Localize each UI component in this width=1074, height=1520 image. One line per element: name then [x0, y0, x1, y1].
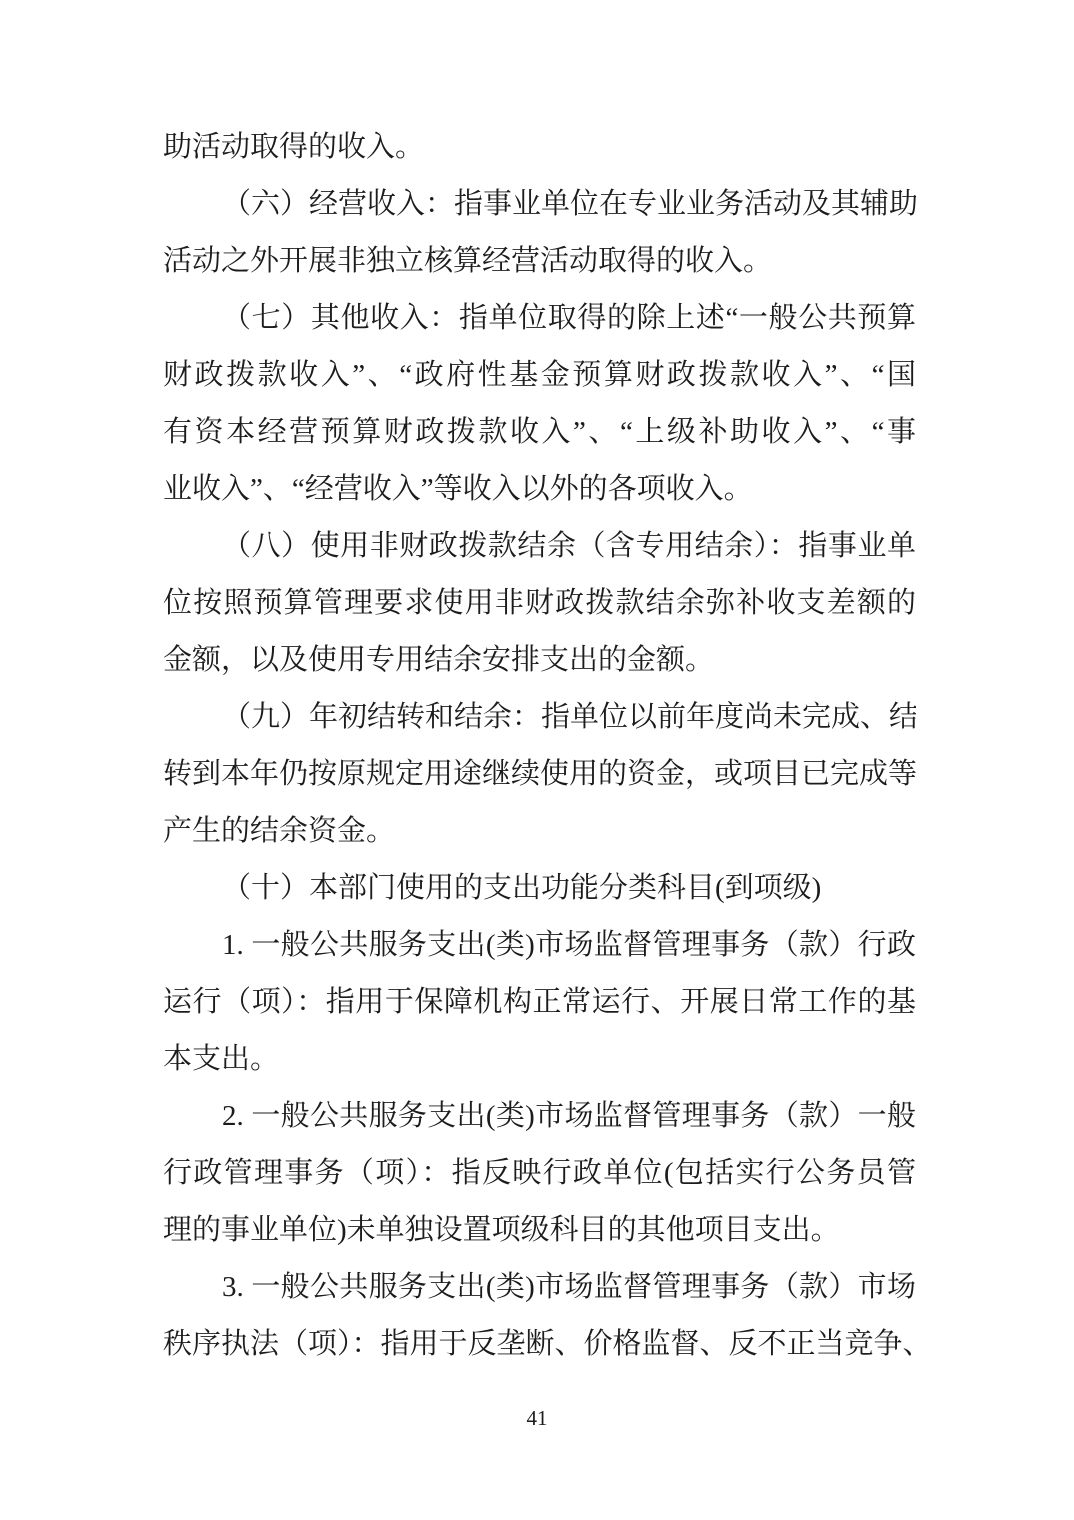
text-line: 运行（项）：指用于保障机构正常运行、开展日常工作的基	[163, 974, 916, 1031]
text-line: （十）本部门使用的支出功能分类科目(到项级)	[163, 860, 916, 917]
text-line: 理的事业单位)未单独设置项级科目的其他项目支出。	[163, 1202, 916, 1259]
text-body: 助活动取得的收入。（六）经营收入：指事业单位在专业业务活动及其辅助活动之外开展非…	[163, 119, 916, 1373]
text-line: 转到本年仍按原规定用途继续使用的资金，或项目已完成等	[163, 746, 916, 803]
text-line: 行政管理事务（项）：指反映行政单位(包括实行公务员管	[163, 1145, 916, 1202]
document-page: 助活动取得的收入。（六）经营收入：指事业单位在专业业务活动及其辅助活动之外开展非…	[0, 0, 1074, 1520]
text-line: （六）经营收入：指事业单位在专业业务活动及其辅助	[163, 176, 916, 233]
text-line: 1. 一般公共服务支出(类)市场监督管理事务（款）行政	[163, 917, 916, 974]
paragraph: 1. 一般公共服务支出(类)市场监督管理事务（款）行政运行（项）：指用于保障机构…	[163, 917, 916, 1088]
text-line: 金额，以及使用专用结余安排支出的金额。	[163, 632, 916, 689]
text-line: （八）使用非财政拨款结余（含专用结余）：指事业单	[163, 518, 916, 575]
text-line: 活动之外开展非独立核算经营活动取得的收入。	[163, 233, 916, 290]
paragraph: 2. 一般公共服务支出(类)市场监督管理事务（款）一般行政管理事务（项）：指反映…	[163, 1088, 916, 1259]
paragraph: （九）年初结转和结余：指单位以前年度尚未完成、结转到本年仍按原规定用途继续使用的…	[163, 689, 916, 860]
paragraph: （八）使用非财政拨款结余（含专用结余）：指事业单位按照预算管理要求使用非财政拨款…	[163, 518, 916, 689]
text-line: （七）其他收入：指单位取得的除上述“一般公共预算	[163, 290, 916, 347]
text-line: 秩序执法（项）：指用于反垄断、价格监督、反不正当竞争、	[163, 1316, 916, 1373]
text-line: 财政拨款收入”、“政府性基金预算财政拨款收入”、“国	[163, 347, 916, 404]
paragraph: 3. 一般公共服务支出(类)市场监督管理事务（款）市场秩序执法（项）：指用于反垄…	[163, 1259, 916, 1373]
text-line: 本支出。	[163, 1031, 916, 1088]
text-line: 产生的结余资金。	[163, 803, 916, 860]
text-line: （九）年初结转和结余：指单位以前年度尚未完成、结	[163, 689, 916, 746]
text-line: 助活动取得的收入。	[163, 119, 916, 176]
paragraph: （六）经营收入：指事业单位在专业业务活动及其辅助活动之外开展非独立核算经营活动取…	[163, 176, 916, 290]
text-line: 有资本经营预算财政拨款收入”、“上级补助收入”、“事	[163, 404, 916, 461]
paragraph: 助活动取得的收入。	[163, 119, 916, 176]
paragraph: （十）本部门使用的支出功能分类科目(到项级)	[163, 860, 916, 917]
paragraph: （七）其他收入：指单位取得的除上述“一般公共预算财政拨款收入”、“政府性基金预算…	[163, 290, 916, 518]
text-line: 3. 一般公共服务支出(类)市场监督管理事务（款）市场	[163, 1259, 916, 1316]
page-number: 41	[0, 1405, 1074, 1431]
text-line: 业收入”、“经营收入”等收入以外的各项收入。	[163, 461, 916, 518]
text-line: 位按照预算管理要求使用非财政拨款结余弥补收支差额的	[163, 575, 916, 632]
text-line: 2. 一般公共服务支出(类)市场监督管理事务（款）一般	[163, 1088, 916, 1145]
